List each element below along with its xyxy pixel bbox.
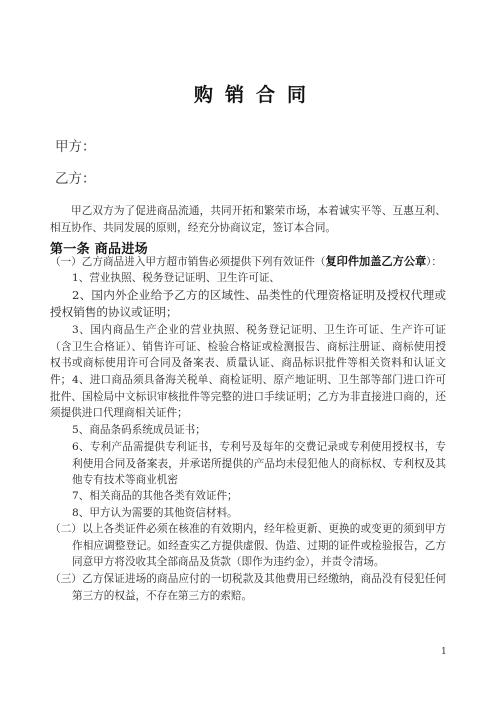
- clause-1-3: （三）乙方保证进场的商品应付的一切税款及其他费用已经缴纳，商品没有侵犯任何第三方…: [50, 571, 446, 604]
- list-item-8: 8、甲方认为需要的其他资信材料。: [50, 505, 446, 522]
- clause-1-1-suffix: ）：: [426, 256, 442, 268]
- clause-1-1: （一）乙方商品进入甲方超市销售必须提供下列有效证件（复印件加盖乙方公章）：: [50, 254, 446, 271]
- list-item-1: 1、营业执照、税务登记证明、卫生许可证、: [50, 270, 446, 287]
- clause-1-1-prefix: （一）乙方商品进入甲方超市销售必须提供下列有效证件（: [50, 256, 325, 268]
- page-number: 1: [441, 647, 447, 657]
- list-item-5: 5、商品条码系统成员证书；: [50, 422, 446, 439]
- party-b-label: 乙方：: [55, 167, 96, 187]
- party-a-label: 甲方：: [55, 135, 96, 155]
- clause-1-2: （二）以上各类证件必须在核准的有效期内，经年检更新、更换的或变更的须到甲方作相应…: [50, 521, 446, 571]
- list-item-6: 6、专利产品需提供专利证书，专利号及每年的交费记录或专利使用授权书，专利使用合同…: [50, 439, 446, 489]
- list-item-2: 2、国内外企业给予乙方的区域性、品类性的代理资格证明及授权代理或授权销售的协议或…: [50, 287, 446, 321]
- list-item-7: 7、相关商品的其他各类有效证件；: [50, 488, 446, 505]
- document-title: 购销合同: [0, 80, 500, 107]
- clause-1-1-emphasis: 复印件加盖乙方公章: [325, 255, 426, 268]
- intro-paragraph: 甲乙双方为了促进商品流通，共同开拓和繁荣市场，本着诚实平等、互惠互利、相互协作、…: [50, 203, 446, 236]
- document-page: 购销合同 甲方： 乙方： 甲乙双方为了促进商品流通，共同开拓和繁荣市场，本着诚实…: [0, 0, 500, 706]
- list-item-4: 4、进口商品须具备海关税单、商检证明、原产地证明、卫生部等部门进口许可批件、国检…: [50, 372, 446, 422]
